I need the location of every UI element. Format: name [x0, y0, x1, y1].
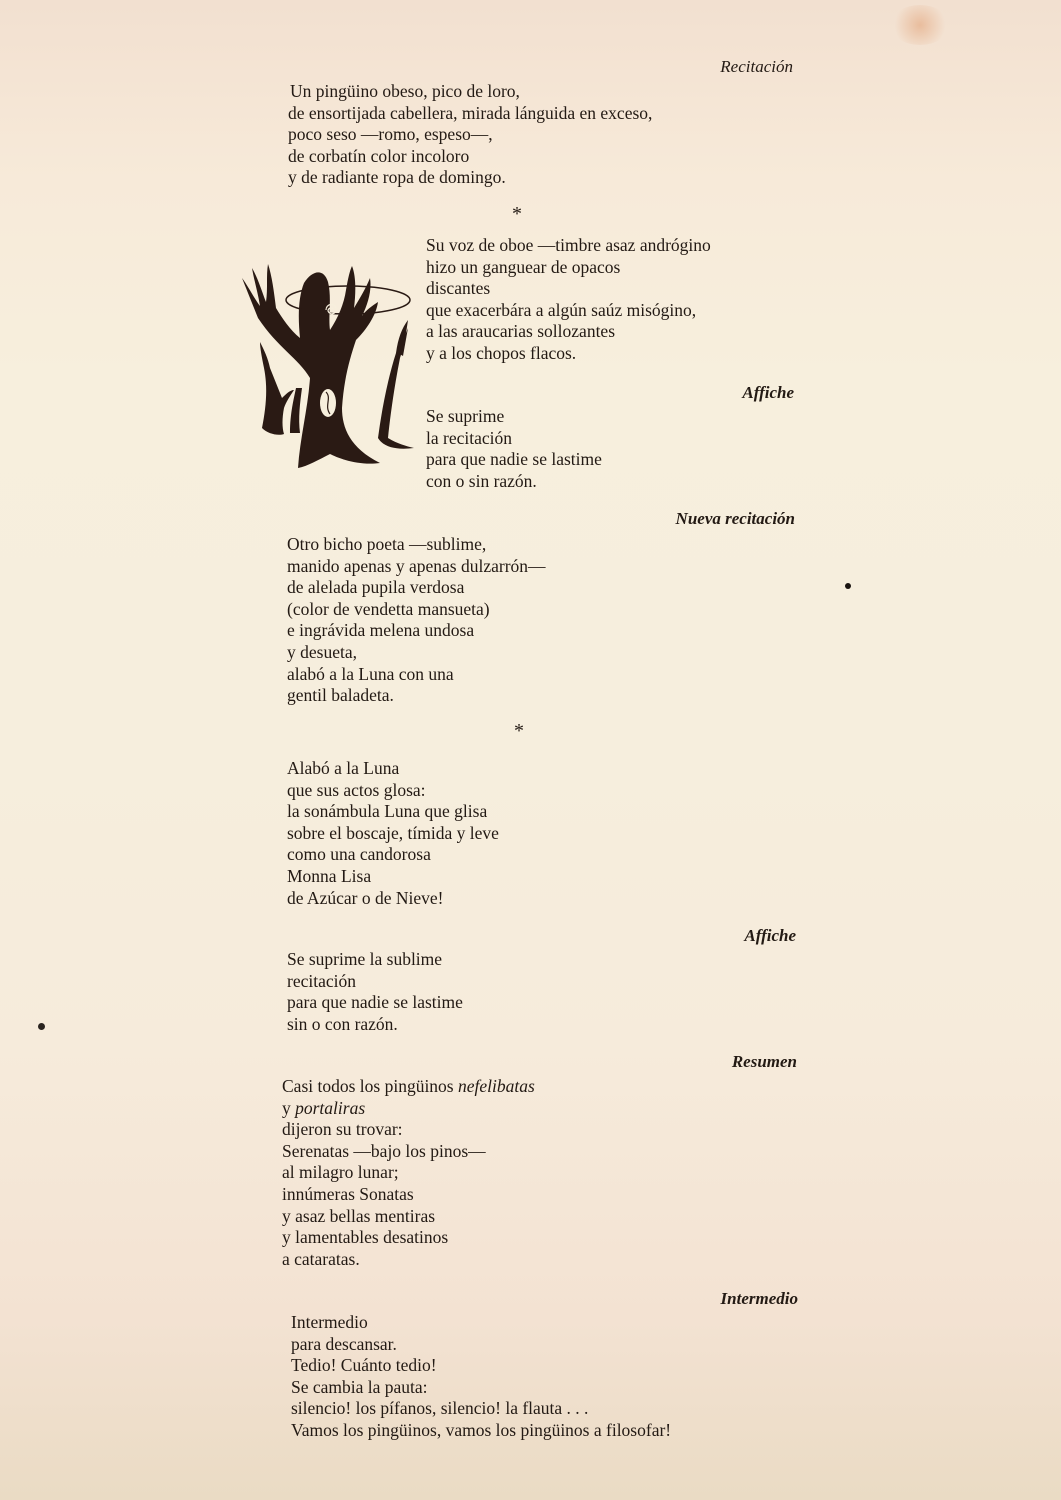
- verse-line: que sus actos glosa:: [287, 780, 499, 802]
- verse-line: Se cambia la pauta:: [291, 1377, 671, 1399]
- verse-line: Vamos los pingüinos, vamos los pingüinos…: [291, 1420, 671, 1442]
- section-heading: Intermedio: [721, 1289, 798, 1309]
- verse-line: que exacerbára a algún saúz misógino,: [426, 300, 711, 322]
- verse-line: Otro bicho poeta —sublime,: [287, 534, 546, 556]
- verse-line: (color de vendetta mansueta): [287, 599, 546, 621]
- verse-line: innúmeras Sonatas: [282, 1184, 535, 1206]
- section-heading: Affiche: [744, 926, 796, 946]
- stanza: Su voz de oboe —timbre asaz andrógino hi…: [426, 235, 711, 365]
- verse-line: a las araucarias sollozantes: [426, 321, 711, 343]
- stain: [845, 583, 851, 589]
- verse-line: y a los chopos flacos.: [426, 343, 711, 365]
- stain: [38, 1023, 45, 1030]
- verse-line: Se suprime: [426, 406, 602, 428]
- verse-line: y portaliras: [282, 1098, 535, 1120]
- verse-line: hizo un ganguear de opacos: [426, 257, 711, 279]
- verse-line: Intermedio: [291, 1312, 671, 1334]
- verse-line: Monna Lisa: [287, 866, 499, 888]
- verse-line: e ingrávida melena undosa: [287, 620, 546, 642]
- verse-line: Se suprime la sublime: [287, 949, 463, 971]
- verse-line: de Azúcar o de Nieve!: [287, 888, 499, 910]
- verse-line: de corbatín color incoloro: [288, 146, 652, 168]
- verse-line: la sonámbula Luna que glisa: [287, 801, 499, 823]
- verse-line: Serenatas —bajo los pinos—: [282, 1141, 535, 1163]
- verse-line: Casi todos los pingüinos nefelibatas: [282, 1076, 535, 1098]
- stanza: Otro bicho poeta —sublime, manido apenas…: [287, 534, 546, 707]
- verse-line: para descansar.: [291, 1334, 671, 1356]
- verse-line: silencio! los pífanos, silencio! la flau…: [291, 1398, 671, 1420]
- verse-line: manido apenas y apenas dulzarrón—: [287, 556, 546, 578]
- verse-line: de alelada pupila verdosa: [287, 577, 546, 599]
- verse-line: Tedio! Cuánto tedio!: [291, 1355, 671, 1377]
- verse-line: y desueta,: [287, 642, 546, 664]
- stanza: Intermedio para descansar. Tedio! Cuánto…: [291, 1312, 671, 1442]
- verse-line: sin o con razón.: [287, 1014, 463, 1036]
- section-heading: Affiche: [742, 383, 794, 403]
- verse-line: la recitación: [426, 428, 602, 450]
- verse-line: alabó a la Luna con una: [287, 664, 546, 686]
- section-heading: Nueva recitación: [676, 509, 795, 529]
- stanza: Un pingüino obeso, pico de loro, de enso…: [288, 81, 652, 189]
- section-heading: Resumen: [732, 1052, 797, 1072]
- verse-line: y asaz bellas mentiras: [282, 1206, 535, 1228]
- verse-line: recitación: [287, 971, 463, 993]
- verse-line: a cataratas.: [282, 1249, 535, 1271]
- separator-star: *: [512, 203, 522, 226]
- stain: [890, 5, 950, 45]
- verse-line: poco seso —romo, espeso—,: [288, 124, 652, 146]
- verse-line: al milagro lunar;: [282, 1162, 535, 1184]
- verse-line: y lamentables desatinos: [282, 1227, 535, 1249]
- separator-star: *: [514, 720, 524, 743]
- verse-line: para que nadie se lastime: [287, 992, 463, 1014]
- stanza: Casi todos los pingüinos nefelibatas y p…: [282, 1076, 535, 1270]
- verse-line: Un pingüino obeso, pico de loro,: [288, 81, 652, 103]
- stanza: Alabó a la Luna que sus actos glosa: la …: [287, 758, 499, 909]
- verse-line: y de radiante ropa de domingo.: [288, 167, 652, 189]
- verse-line: gentil baladeta.: [287, 685, 546, 707]
- verse-line: sobre el boscaje, tímida y leve: [287, 823, 499, 845]
- verse-line: Su voz de oboe —timbre asaz andrógino: [426, 235, 711, 257]
- verse-line: de ensortijada cabellera, mirada lánguid…: [288, 103, 652, 125]
- verse-line: Alabó a la Luna: [287, 758, 499, 780]
- stanza: Se suprime la recitación para que nadie …: [426, 406, 602, 492]
- verse-line: dijeron su trovar:: [282, 1119, 535, 1141]
- verse-line: para que nadie se lastime: [426, 449, 602, 471]
- verse-line: con o sin razón.: [426, 471, 602, 493]
- verse-line: discantes: [426, 278, 711, 300]
- section-heading: Recitación: [720, 57, 793, 77]
- tree-illustration: [238, 258, 423, 473]
- verse-line: como una candorosa: [287, 844, 499, 866]
- stanza: Se suprime la sublime recitación para qu…: [287, 949, 463, 1035]
